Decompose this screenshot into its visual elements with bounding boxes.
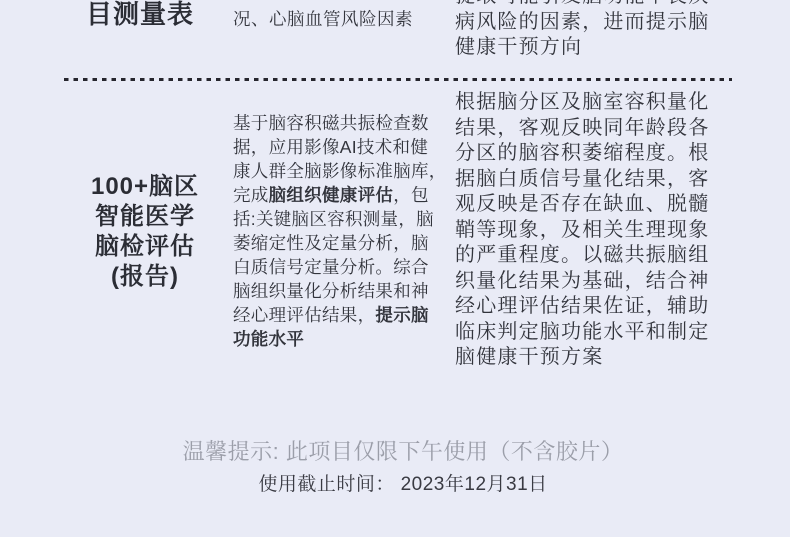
deadline-text: 使用截止时间： 2023年12月31日 <box>16 471 790 499</box>
text-line: 脑检评估 <box>55 232 235 262</box>
text-line: (报告) <box>55 262 235 292</box>
text-line: 脑组织量化分析结果和神 <box>233 279 449 303</box>
text-line: 鞘等现象，及相关生理现象 <box>455 218 717 244</box>
text-line: 经心理评估结果，提示脑 <box>233 303 449 327</box>
brain-assessment-purpose-text: 根据脑分区及脑室容积量化结果，客观反映同年龄段各分区的脑容积萎缩程度。根据脑白质… <box>455 90 717 371</box>
brain-checkup-table-page: 目测量表 况、心脑血管风险因素 提取可能引发脑功能不良疾病风险的因素，进而提示脑… <box>0 0 790 537</box>
questionnaire-purpose-text: 提取可能引发脑功能不良疾病风险的因素，进而提示脑健康干预方向 <box>455 0 715 61</box>
text-line: 据，应用影像AI技术和健 <box>233 135 449 159</box>
text-line: 分区的脑容积萎缩程度。根 <box>455 141 717 167</box>
text-line: 功能水平 <box>233 327 449 351</box>
text-line: 临床判定脑功能水平和制定 <box>455 320 717 346</box>
text-line: 根据脑分区及脑室容积量化 <box>455 90 717 116</box>
text-line: 白质信号定量分析。综合 <box>233 255 449 279</box>
row-label-brain-assessment: 100+脑区智能医学脑检评估(报告) <box>55 172 235 292</box>
row-label-questionnaire: 目测量表 <box>58 0 222 29</box>
text-line: 经心理评估结果佐证，辅助 <box>455 294 717 320</box>
text-line: 智能医学 <box>55 202 235 232</box>
text-line: 完成脑组织健康评估，包 <box>233 183 449 207</box>
dashed-divider <box>64 78 732 81</box>
text-line: 目测量表 <box>58 0 222 29</box>
text-line: 100+脑区 <box>55 172 235 202</box>
text-line: 康人群全脑影像标准脑库， <box>233 159 449 183</box>
text-line: 的严重程度。以磁共振脑组 <box>455 243 717 269</box>
text-line: 据脑白质信号量化结果，客 <box>455 167 717 193</box>
usage-notice-text: 温馨提示: 此项目仅限下午使用（不含胶片） <box>16 437 790 467</box>
text-line: 病风险的因素，进而提示脑 <box>455 10 715 36</box>
text-line: 结果，客观反映同年龄段各 <box>455 116 717 142</box>
text-line: 况、心脑血管风险因素 <box>233 7 413 31</box>
brain-assessment-method-text: 基于脑容积磁共振检查数据，应用影像AI技术和健康人群全脑影像标准脑库，完成脑组织… <box>233 111 449 351</box>
text-line: 健康干预方向 <box>455 35 715 61</box>
text-line: 织量化结果为基础，结合神 <box>455 269 717 295</box>
questionnaire-method-text: 况、心脑血管风险因素 <box>233 7 413 31</box>
text-line: 括:关键脑区容积测量，脑 <box>233 207 449 231</box>
text-line: 萎缩定性及定量分析，脑 <box>233 231 449 255</box>
text-line: 观反映是否存在缺血、脱髓 <box>455 192 717 218</box>
text-line: 提取可能引发脑功能不良疾 <box>455 0 715 10</box>
text-line: 脑健康干预方案 <box>455 345 717 371</box>
text-line: 基于脑容积磁共振检查数 <box>233 111 449 135</box>
